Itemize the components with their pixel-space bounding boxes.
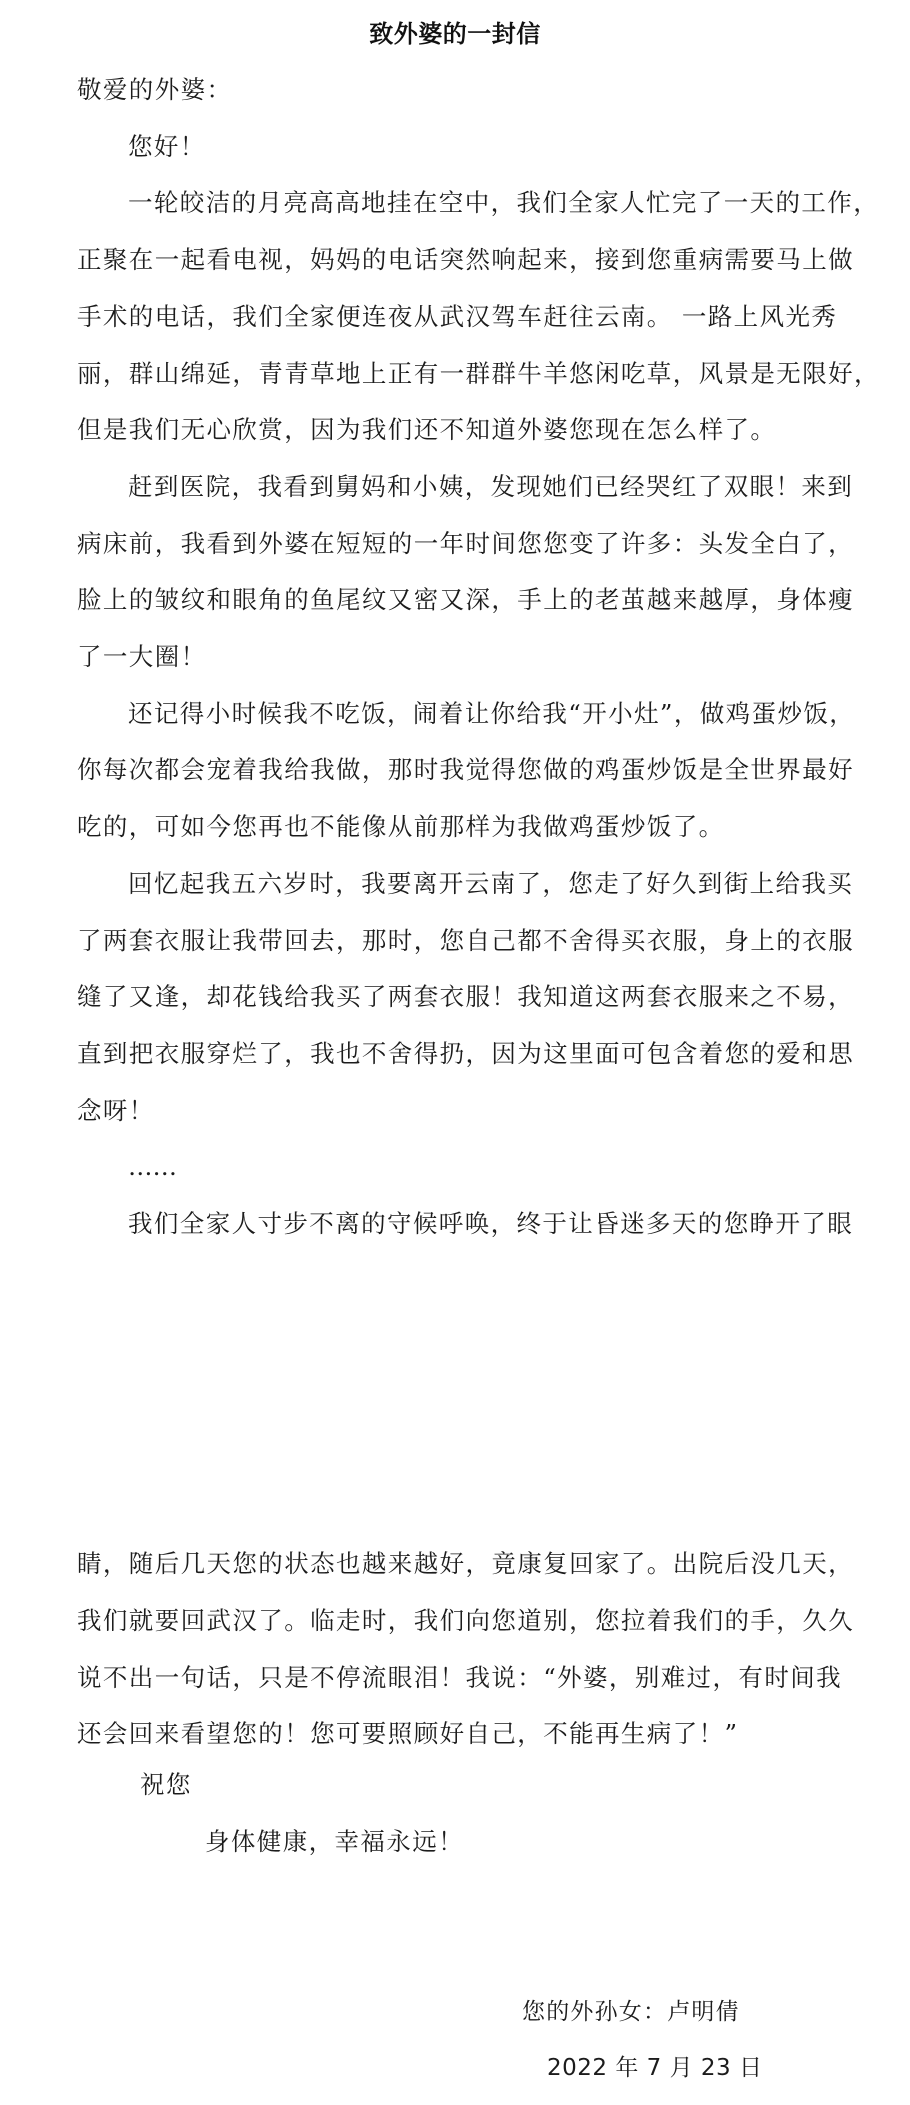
body-line: 说不出一句话，只是不停流眼泪！我说：“外婆，别难过，有时间我	[77, 1660, 832, 1696]
body-line: 赶到医院，我看到舅妈和小姨，发现她们已经哭红了双眼！来到	[128, 469, 832, 505]
body-line: 正聚在一起看电视，妈妈的电话突然响起来，接到您重病需要马上做	[77, 242, 832, 278]
body-line: 丽，群山绵延，青青草地上正有一群群牛羊悠闲吃草，风景是无限好，	[77, 356, 832, 392]
greeting: 您好！	[128, 129, 206, 165]
body-line: 病床前，我看到外婆在短短的一年时间您您变了许多：头发全白了，	[77, 526, 832, 562]
body-line: 手术的电话，我们全家便连夜从武汉驾车赶往云南。 一路上风光秀	[77, 299, 832, 335]
letter-page: 致外婆的一封信 敬爱的外婆： 您好！ 一轮皎洁的月亮高高地挂在空中，我们全家人忙…	[0, 0, 910, 2105]
body-line: 念呀！	[77, 1093, 155, 1129]
body-line: 回忆起我五六岁时，我要离开云南了，您走了好久到街上给我买	[128, 866, 832, 902]
body-line: 睛，随后几天您的状态也越来越好，竟康复回家了。出院后没几天，	[77, 1546, 832, 1582]
body-line: 脸上的皱纹和眼角的鱼尾纹又密又深，手上的老茧越来越厚，身体瘦	[77, 582, 832, 618]
body-line: 了两套衣服让我带回去，那时，您自己都不舍得买衣服，身上的衣服	[77, 923, 832, 959]
body-line: 缝了又逢，却花钱给我买了两套衣服！我知道这两套衣服来之不易，	[77, 979, 832, 1015]
body-line: 一轮皎洁的月亮高高地挂在空中，我们全家人忙完了一天的工作，	[128, 185, 832, 221]
closing-blessing: 身体健康，幸福永远！	[205, 1824, 464, 1860]
body-line: 直到把衣服穿烂了，我也不舍得扔，因为这里面可包含着您的爱和思	[77, 1036, 832, 1072]
letter-date: 2022 年 7 月 23 日	[547, 2050, 763, 2086]
closing-wish: 祝您	[140, 1767, 192, 1803]
body-line: 还记得小时候我不吃饭，闹着让你给我“开小灶”，做鸡蛋炒饭，	[128, 696, 832, 732]
body-line: 了一大圈！	[77, 639, 207, 675]
body-line: 还会回来看望您的！您可要照顾好自己，不能再生病了！”	[77, 1716, 738, 1752]
signature: 您的外孙女：卢明倩	[522, 1994, 740, 2030]
salutation: 敬爱的外婆：	[77, 72, 232, 108]
body-line: ……	[128, 1149, 177, 1185]
body-line: 我们就要回武汉了。临走时，我们向您道别，您拉着我们的手，久久	[77, 1603, 832, 1639]
body-line: 吃的，可如今您再也不能像从前那样为我做鸡蛋炒饭了。	[77, 809, 725, 845]
body-line: 你每次都会宠着我给我做，那时我觉得您做的鸡蛋炒饭是全世界最好	[77, 752, 832, 788]
body-line: 但是我们无心欣赏，因为我们还不知道外婆您现在怎么样了。	[77, 412, 776, 448]
body-line: 我们全家人寸步不离的守候呼唤，终于让昏迷多天的您睁开了眼	[128, 1206, 832, 1242]
letter-title: 致外婆的一封信	[0, 14, 910, 54]
